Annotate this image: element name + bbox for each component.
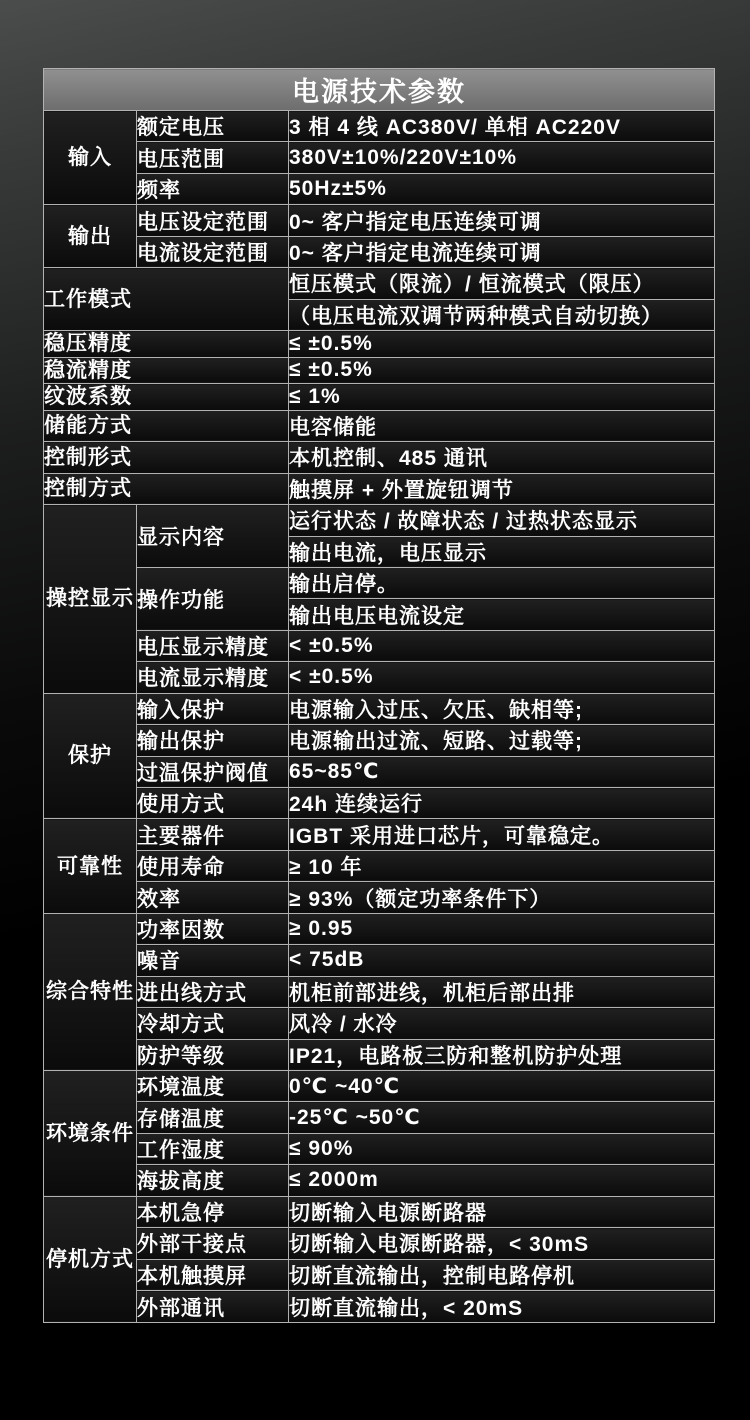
group-label: 停机方式 <box>44 1196 137 1322</box>
param-value: 切断输入电源断路器，< 30mS <box>289 1228 715 1259</box>
param-label: 使用方式 <box>137 788 289 819</box>
spec-row: 工作湿度≤ 90% <box>44 1133 715 1164</box>
param-value: < 75dB <box>289 945 715 976</box>
param-value: ≤ 2000m <box>289 1165 715 1196</box>
param-value: -25℃ ~50℃ <box>289 1102 715 1133</box>
param-label: 噪音 <box>137 945 289 976</box>
param-value: 触摸屏 + 外置旋钮调节 <box>289 473 715 504</box>
group-label: 综合特性 <box>44 913 137 1070</box>
group-label: 工作模式 <box>44 268 289 331</box>
param-value: ≤ ±0.5% <box>289 357 715 384</box>
param-label: 效率 <box>137 882 289 913</box>
param-label: 输入保护 <box>137 693 289 724</box>
param-label: 防护等级 <box>137 1039 289 1070</box>
param-value: （电压电流双调节两种模式自动切换） <box>289 299 715 330</box>
param-label: 频率 <box>137 173 289 204</box>
param-label: 使用寿命 <box>137 850 289 881</box>
group-label: 输出 <box>44 205 137 268</box>
spec-row: 噪音< 75dB <box>44 945 715 976</box>
spec-row: 控制方式触摸屏 + 外置旋钮调节 <box>44 473 715 504</box>
param-label: 主要器件 <box>137 819 289 850</box>
group-label: 储能方式 <box>44 410 289 441</box>
param-label: 电流设定范围 <box>137 236 289 267</box>
spec-row: 过温保护阀值65~85℃ <box>44 756 715 787</box>
spec-table-body: 输入额定电压3 相 4 线 AC380V/ 单相 AC220V电压范围380V±… <box>44 111 715 1323</box>
param-value: 恒压模式（限流）/ 恒流模式（限压） <box>289 268 715 299</box>
table-title-row: 电源技术参数 <box>44 69 715 111</box>
spec-row: 使用寿命≥ 10 年 <box>44 850 715 881</box>
param-label: 操作功能 <box>137 567 289 630</box>
group-label: 操控显示 <box>44 505 137 694</box>
param-value: 3 相 4 线 AC380V/ 单相 AC220V <box>289 111 715 142</box>
page-background: 电源技术参数 输入额定电压3 相 4 线 AC380V/ 单相 AC220V电压… <box>0 0 750 1420</box>
spec-row: 频率50Hz±5% <box>44 173 715 204</box>
param-value: 24h 连续运行 <box>289 788 715 819</box>
param-label: 工作湿度 <box>137 1133 289 1164</box>
param-value: 风冷 / 水冷 <box>289 1008 715 1039</box>
param-value: 切断输入电源断路器 <box>289 1196 715 1227</box>
param-value: 0~ 客户指定电流连续可调 <box>289 236 715 267</box>
param-label: 进出线方式 <box>137 976 289 1007</box>
group-label: 控制形式 <box>44 442 289 473</box>
param-value: 65~85℃ <box>289 756 715 787</box>
spec-row: 输出保护电源输出过流、短路、过载等; <box>44 725 715 756</box>
spec-row: 稳流精度≤ ±0.5% <box>44 357 715 384</box>
param-label: 本机急停 <box>137 1196 289 1227</box>
param-value: 50Hz±5% <box>289 173 715 204</box>
param-label: 存储温度 <box>137 1102 289 1133</box>
group-label: 环境条件 <box>44 1070 137 1196</box>
spec-row: 电流设定范围0~ 客户指定电流连续可调 <box>44 236 715 267</box>
param-value: ≤ 90% <box>289 1133 715 1164</box>
param-value: ≥ 0.95 <box>289 913 715 944</box>
group-label: 保护 <box>44 693 137 819</box>
param-value: 380V±10%/220V±10% <box>289 142 715 173</box>
spec-row: 使用方式24h 连续运行 <box>44 788 715 819</box>
spec-row: 进出线方式机柜前部进线，机柜后部出排 <box>44 976 715 1007</box>
group-label: 纹波系数 <box>44 384 289 411</box>
spec-row: 输入额定电压3 相 4 线 AC380V/ 单相 AC220V <box>44 111 715 142</box>
param-value: < ±0.5% <box>289 630 715 661</box>
param-label: 冷却方式 <box>137 1008 289 1039</box>
param-value: ≤ 1% <box>289 384 715 411</box>
param-label: 显示内容 <box>137 505 289 568</box>
group-label: 稳流精度 <box>44 357 289 384</box>
param-value: < ±0.5% <box>289 662 715 693</box>
spec-row: 稳压精度≤ ±0.5% <box>44 331 715 358</box>
param-value: IGBT 采用进口芯片，可靠稳定。 <box>289 819 715 850</box>
spec-row: 纹波系数≤ 1% <box>44 384 715 411</box>
param-value: 输出电压电流设定 <box>289 599 715 630</box>
spec-row: 停机方式本机急停切断输入电源断路器 <box>44 1196 715 1227</box>
spec-row: 外部通讯切断直流输出，< 20mS <box>44 1291 715 1323</box>
param-label: 海拔高度 <box>137 1165 289 1196</box>
power-spec-table: 电源技术参数 输入额定电压3 相 4 线 AC380V/ 单相 AC220V电压… <box>43 68 715 1323</box>
spec-row: 电压范围380V±10%/220V±10% <box>44 142 715 173</box>
param-label: 电压设定范围 <box>137 205 289 236</box>
spec-row: 冷却方式风冷 / 水冷 <box>44 1008 715 1039</box>
param-value: 输出电流，电压显示 <box>289 536 715 567</box>
group-label: 可靠性 <box>44 819 137 913</box>
param-value: ≤ ±0.5% <box>289 331 715 358</box>
param-label: 环境温度 <box>137 1070 289 1101</box>
spec-row: 环境条件环境温度0℃ ~40℃ <box>44 1070 715 1101</box>
spec-row: 工作模式恒压模式（限流）/ 恒流模式（限压） <box>44 268 715 299</box>
param-label: 输出保护 <box>137 725 289 756</box>
spec-row: 控制形式本机控制、485 通讯 <box>44 442 715 473</box>
spec-row: 防护等级IP21，电路板三防和整机防护处理 <box>44 1039 715 1070</box>
param-label: 外部通讯 <box>137 1291 289 1323</box>
param-label: 外部干接点 <box>137 1228 289 1259</box>
param-label: 电压显示精度 <box>137 630 289 661</box>
param-label: 额定电压 <box>137 111 289 142</box>
param-value: 电容储能 <box>289 410 715 441</box>
spec-row: 电压显示精度< ±0.5% <box>44 630 715 661</box>
spec-row: 保护输入保护电源输入过压、欠压、缺相等; <box>44 693 715 724</box>
param-value: 切断直流输出，控制电路停机 <box>289 1259 715 1290</box>
spec-row: 存储温度-25℃ ~50℃ <box>44 1102 715 1133</box>
param-value: ≥ 93%（额定功率条件下） <box>289 882 715 913</box>
group-label: 输入 <box>44 111 137 205</box>
spec-row: 外部干接点切断输入电源断路器，< 30mS <box>44 1228 715 1259</box>
param-label: 功率因数 <box>137 913 289 944</box>
spec-row: 储能方式电容储能 <box>44 410 715 441</box>
spec-row: 效率≥ 93%（额定功率条件下） <box>44 882 715 913</box>
param-value: ≥ 10 年 <box>289 850 715 881</box>
param-label: 本机触摸屏 <box>137 1259 289 1290</box>
param-value: 0℃ ~40℃ <box>289 1070 715 1101</box>
param-value: 电源输入过压、欠压、缺相等; <box>289 693 715 724</box>
param-value: 切断直流输出，< 20mS <box>289 1291 715 1323</box>
spec-row: 电流显示精度< ±0.5% <box>44 662 715 693</box>
param-value: 输出启停。 <box>289 567 715 598</box>
group-label: 控制方式 <box>44 473 289 504</box>
param-value: 电源输出过流、短路、过载等; <box>289 725 715 756</box>
param-value: IP21，电路板三防和整机防护处理 <box>289 1039 715 1070</box>
table-title: 电源技术参数 <box>44 69 715 111</box>
spec-row: 操作功能输出启停。 <box>44 567 715 598</box>
param-label: 过温保护阀值 <box>137 756 289 787</box>
param-value: 运行状态 / 故障状态 / 过热状态显示 <box>289 505 715 536</box>
param-value: 0~ 客户指定电压连续可调 <box>289 205 715 236</box>
param-label: 电压范围 <box>137 142 289 173</box>
spec-row: 输出电压设定范围0~ 客户指定电压连续可调 <box>44 205 715 236</box>
spec-row: 本机触摸屏切断直流输出，控制电路停机 <box>44 1259 715 1290</box>
param-value: 机柜前部进线，机柜后部出排 <box>289 976 715 1007</box>
spec-row: 可靠性主要器件IGBT 采用进口芯片，可靠稳定。 <box>44 819 715 850</box>
param-label: 电流显示精度 <box>137 662 289 693</box>
param-value: 本机控制、485 通讯 <box>289 442 715 473</box>
spec-row: 操控显示显示内容运行状态 / 故障状态 / 过热状态显示 <box>44 505 715 536</box>
spec-row: 综合特性功率因数≥ 0.95 <box>44 913 715 944</box>
spec-row: 海拔高度≤ 2000m <box>44 1165 715 1196</box>
group-label: 稳压精度 <box>44 331 289 358</box>
